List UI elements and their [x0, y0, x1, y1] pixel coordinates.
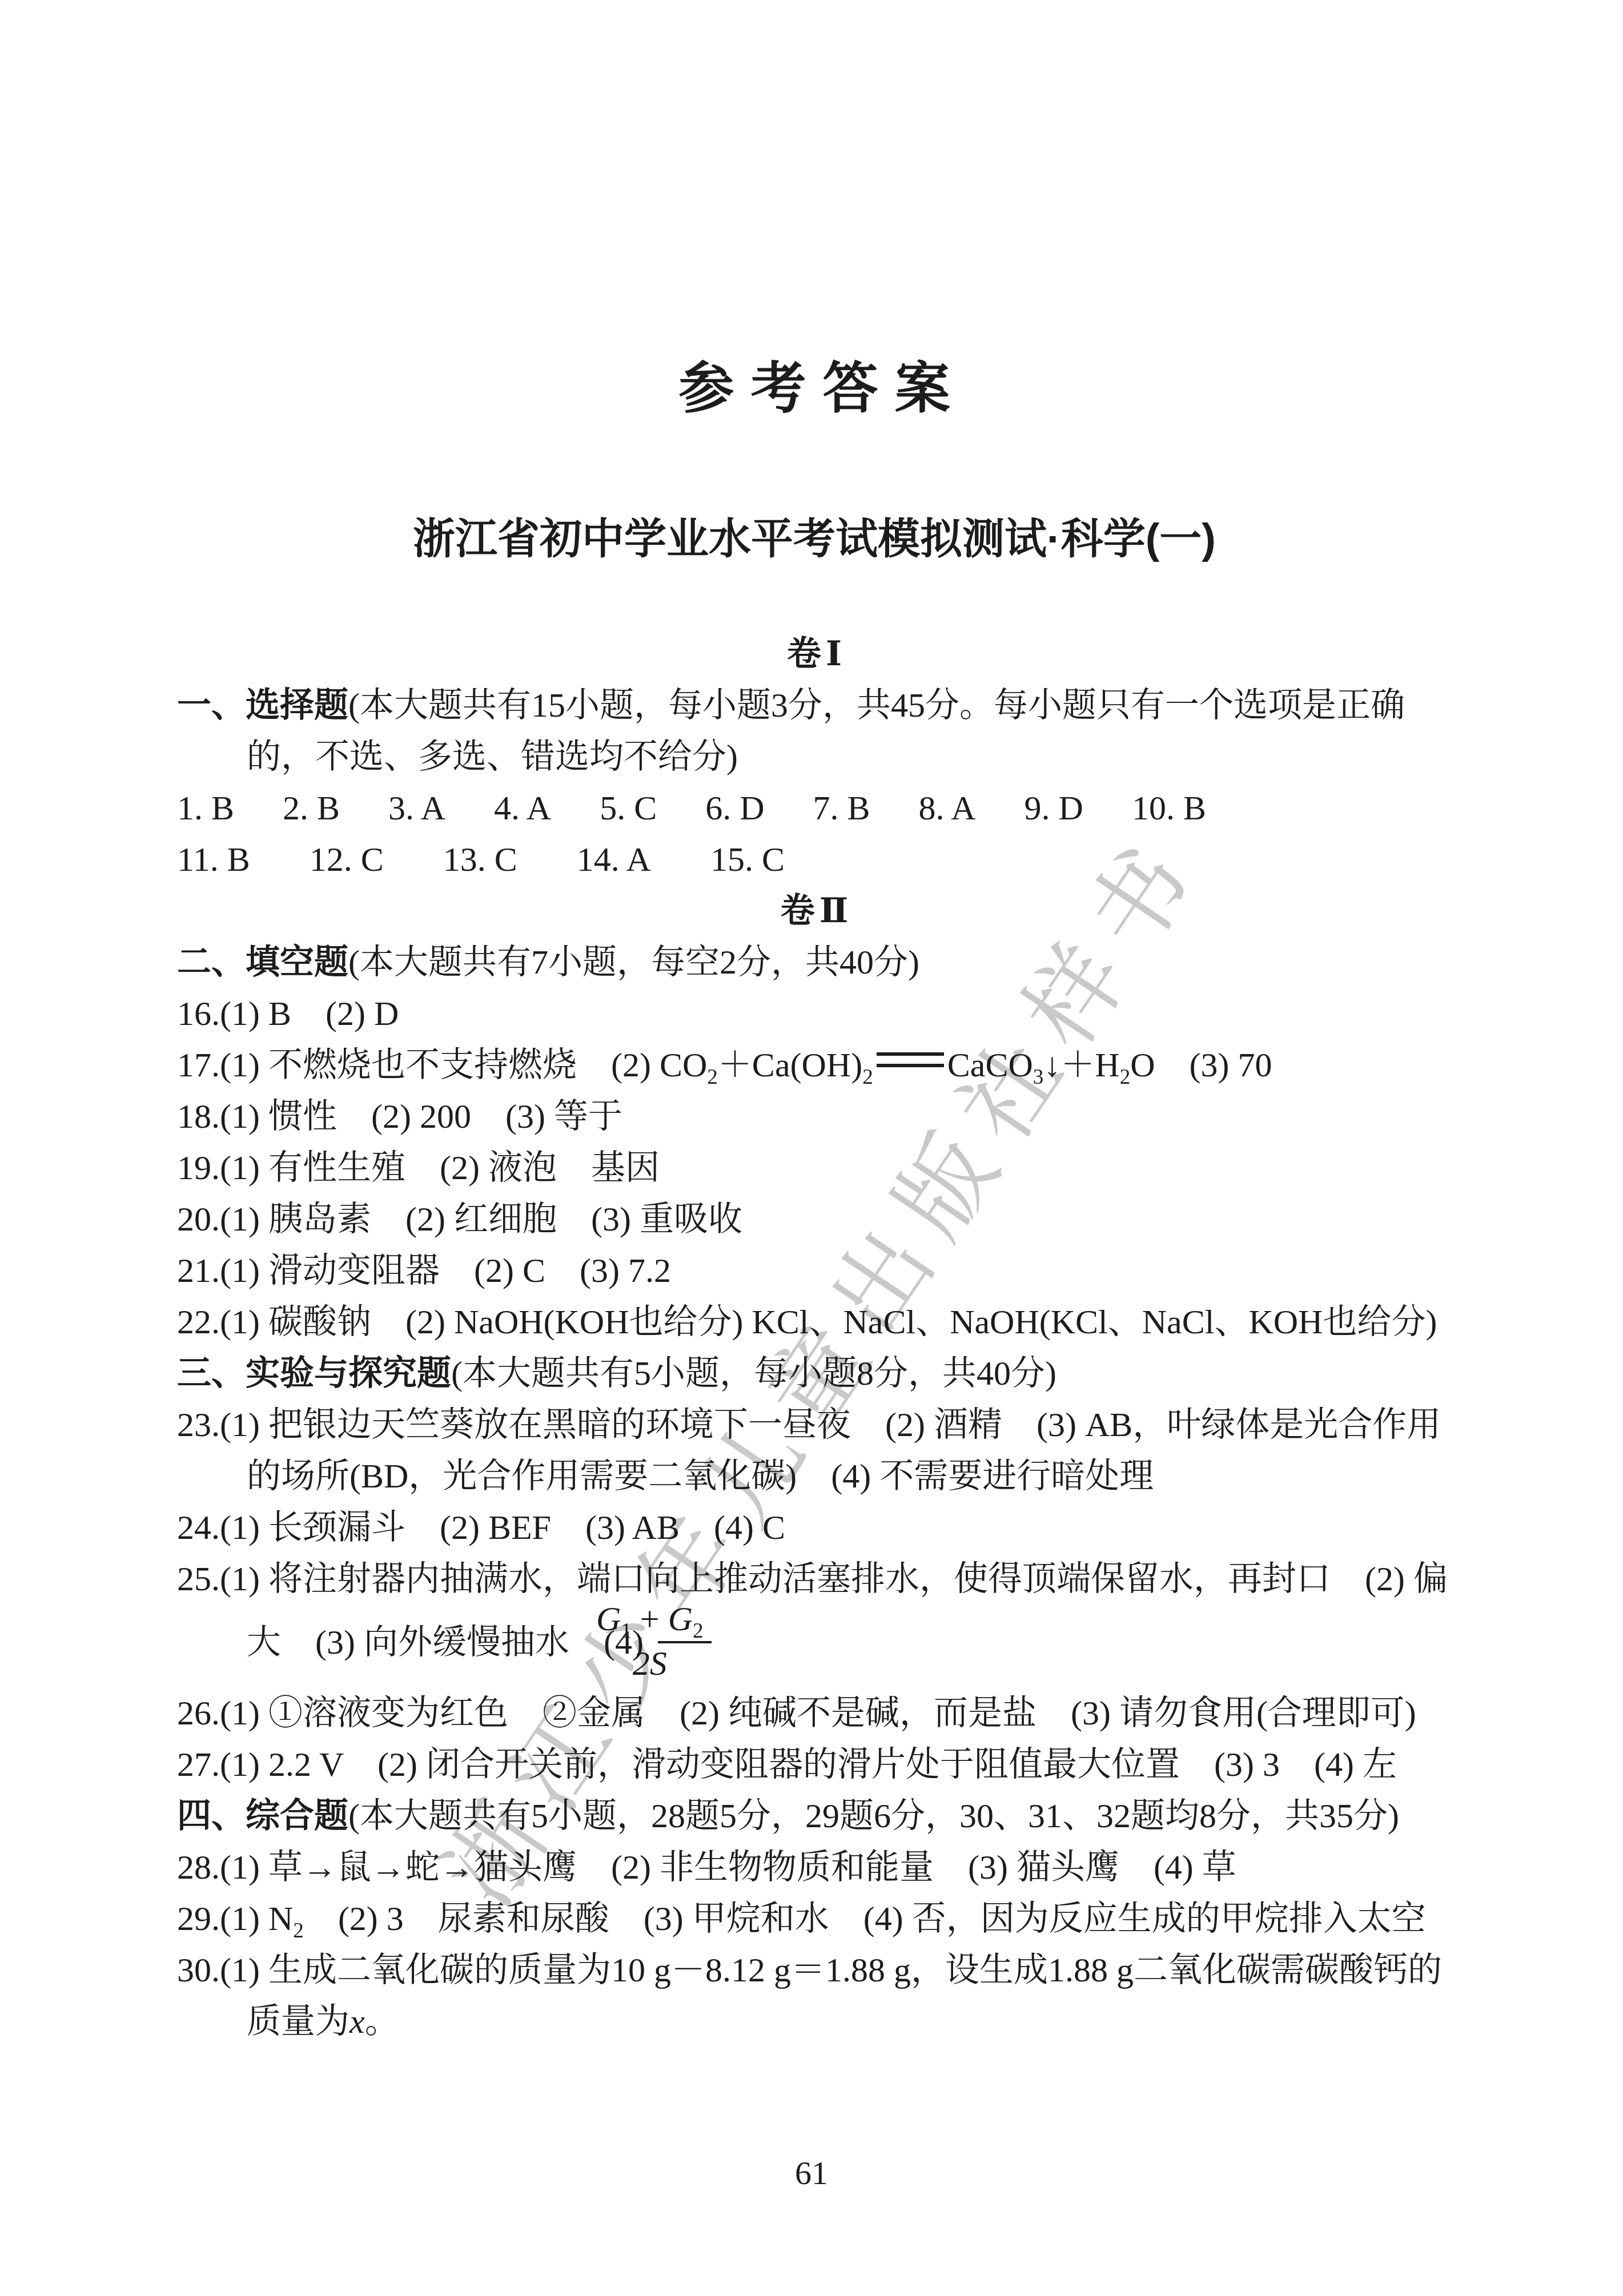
volume-1-label: 卷	[787, 634, 821, 673]
section-3-description: (本大题共有5小题，每小题8分，共40分)	[451, 1354, 1056, 1392]
mc-answer-5: 5. C	[600, 782, 657, 834]
mc-answers-row-2: 11. B 12. C 13. C 14. A 15. C	[177, 834, 1452, 885]
g1-symbol: G	[596, 1600, 621, 1638]
volume-2-numeral: Ⅱ	[815, 892, 849, 930]
mc-answer-15: 15. C	[710, 834, 785, 885]
answer-17-caco: CaCO	[947, 1046, 1033, 1084]
answer-17: 17.(1) 不燃烧也不支持燃烧 (2) CO2＋Ca(OH)2CaCO3↓＋H…	[177, 1039, 1452, 1091]
mc-answer-12: 12. C	[310, 834, 384, 885]
volume-1-heading: 卷Ⅰ	[177, 628, 1452, 679]
plus-sign: +	[632, 1600, 668, 1638]
mc-answer-2: 2. B	[283, 782, 340, 834]
answer-29-tail: (2) 3 尿素和尿酸 (3) 甲烷和水 (4) 否，因为反应生成的甲烷排入太空	[304, 1900, 1426, 1937]
answers-body: 卷Ⅰ 一、选择题(本大题共有15小题，每小题3分，共45分。每小题只有一个选项是…	[177, 628, 1452, 2046]
mc-answer-14: 14. A	[577, 834, 651, 885]
mc-answer-8: 8. A	[919, 782, 976, 834]
section-4-title: 四、综合题	[177, 1796, 348, 1835]
volume-2-label: 卷	[781, 891, 815, 930]
mc-answer-4: 4. A	[494, 782, 551, 834]
answer-29: 29.(1) N2 (2) 3 尿素和尿酸 (3) 甲烷和水 (4) 否，因为反…	[177, 1893, 1452, 1944]
section-1-title: 一、选择题	[177, 686, 348, 724]
mc-answer-13: 13. C	[443, 834, 517, 885]
mc-answers-row-1: 1. B 2. B 3. A 4. A 5. C 6. D 7. B 8. A …	[177, 782, 1452, 834]
answer-17-tail: O (3) 70	[1130, 1046, 1272, 1084]
section-2-heading: 二、填空题(本大题共有7小题，每空2分，共40分)	[177, 936, 1452, 988]
caco3-subscript: 3	[1033, 1065, 1044, 1089]
h2o-subscript: 2	[1120, 1065, 1131, 1089]
volume-2-heading: 卷Ⅱ	[177, 885, 1452, 936]
answer-29-n: 29.(1) N	[177, 1900, 293, 1937]
answer-25: 25.(1) 将注射器内抽满水，端口向上推动活塞排水，使得顶端保留水，再封口 (…	[177, 1553, 1452, 1687]
answer-16: 16.(1) B (2) D	[177, 988, 1452, 1039]
section-4-heading: 四、综合题(本大题共有5小题，28题5分，29题6分，30、31、32题均8分，…	[177, 1790, 1452, 1841]
section-2-description: (本大题共有7小题，每空2分，共40分)	[348, 943, 919, 981]
mc-answer-3: 3. A	[388, 782, 445, 834]
fraction-g1-plus-g2-over-2s: G1 + G22S	[658, 1600, 712, 1682]
answer-17-caoh: ＋Ca(OH)	[718, 1046, 862, 1084]
answer-30: 30.(1) 生成二氧化碳的质量为10 g－8.12 g＝1.88 g，设生成1…	[177, 1944, 1452, 2047]
mc-answer-7: 7. B	[813, 782, 870, 834]
g2-subscript: 2	[693, 1619, 704, 1643]
section-3-heading: 三、实验与探究题(本大题共有5小题，每小题8分，共40分)	[177, 1348, 1452, 1399]
variable-x: x	[349, 2003, 365, 2040]
answer-21: 21.(1) 滑动变阻器 (2) C (3) 7.2	[177, 1245, 1452, 1296]
answer-18: 18.(1) 惯性 (2) 200 (3) 等于	[177, 1091, 1452, 1142]
section-3-title: 三、实验与探究题	[177, 1354, 451, 1392]
mc-answer-9: 9. D	[1025, 782, 1083, 834]
answer-30-period: 。	[365, 2003, 399, 2040]
answer-key-page: 浙江少年儿童出版社样书 参考答案 浙江省初中学业水平考试模拟测试·科学(一) 卷…	[0, 0, 1623, 2296]
page-content: 参考答案 浙江省初中学业水平考试模拟测试·科学(一) 卷Ⅰ 一、选择题(本大题共…	[0, 0, 1623, 2047]
g2-symbol: G	[668, 1600, 693, 1638]
page-number: 61	[0, 2154, 1623, 2192]
answer-20: 20.(1) 胰岛素 (2) 红细胞 (3) 重吸收	[177, 1193, 1452, 1245]
caoh2-subscript: 2	[862, 1065, 873, 1089]
answer-28: 28.(1) 草→鼠→蛇→猫头鹰 (2) 非生物物质和能量 (3) 猫头鹰 (4…	[177, 1841, 1452, 1893]
answer-23: 23.(1) 把银边天竺葵放在黑暗的环境下一昼夜 (2) 酒精 (3) AB，叶…	[177, 1399, 1452, 1502]
co2-subscript: 2	[707, 1065, 718, 1089]
answer-24: 24.(1) 长颈漏斗 (2) BEF (3) AB (4) C	[177, 1502, 1452, 1553]
section-1-heading: 一、选择题(本大题共有15小题，每小题3分，共45分。每小题只有一个选项是正确的…	[177, 679, 1452, 782]
answer-26: 26.(1) ①溶液变为红色 ②金属 (2) 纯碱不是碱，而是盐 (3) 请勿食…	[177, 1687, 1452, 1739]
answer-17-text: 17.(1) 不燃烧也不支持燃烧 (2) CO	[177, 1046, 707, 1084]
mc-answer-1: 1. B	[177, 782, 234, 834]
mc-answer-10: 10. B	[1132, 782, 1206, 834]
answer-22: 22.(1) 碳酸钠 (2) NaOH(KOH也给分) KCl、NaCl、NaO…	[177, 1296, 1452, 1348]
section-1-description: (本大题共有15小题，每小题3分，共45分。每小题只有一个选项是正确的，不选、多…	[247, 686, 1405, 775]
answer-25-text: 25.(1) 将注射器内抽满水，端口向上推动活塞排水，使得顶端保留水，再封口 (…	[177, 1560, 1448, 1661]
fraction-denominator: 2S	[658, 1643, 712, 1683]
answer-19: 19.(1) 有性生殖 (2) 液泡 基因	[177, 1142, 1452, 1193]
fraction-numerator: G1 + G2	[658, 1600, 712, 1643]
section-4-description: (本大题共有5小题，28题5分，29题6分，30、31、32题均8分，共35分)	[348, 1797, 1399, 1835]
n2-subscript: 2	[293, 1919, 304, 1943]
mc-answer-6: 6. D	[705, 782, 764, 834]
answer-17-h2o-h: ↓＋H	[1043, 1046, 1119, 1084]
page-title: 参考答案	[177, 0, 1452, 420]
answer-27: 27.(1) 2.2 V (2) 闭合开关前，滑动变阻器的滑片处于阻值最大位置 …	[177, 1739, 1452, 1790]
volume-1-numeral: Ⅰ	[821, 635, 842, 673]
double-bond-equals-sign	[877, 1052, 944, 1067]
exam-title: 浙江省初中学业水平考试模拟测试·科学(一)	[177, 517, 1452, 561]
g1-subscript: 1	[621, 1619, 632, 1643]
section-2-title: 二、填空题	[177, 943, 348, 981]
mc-answer-11: 11. B	[177, 834, 250, 885]
